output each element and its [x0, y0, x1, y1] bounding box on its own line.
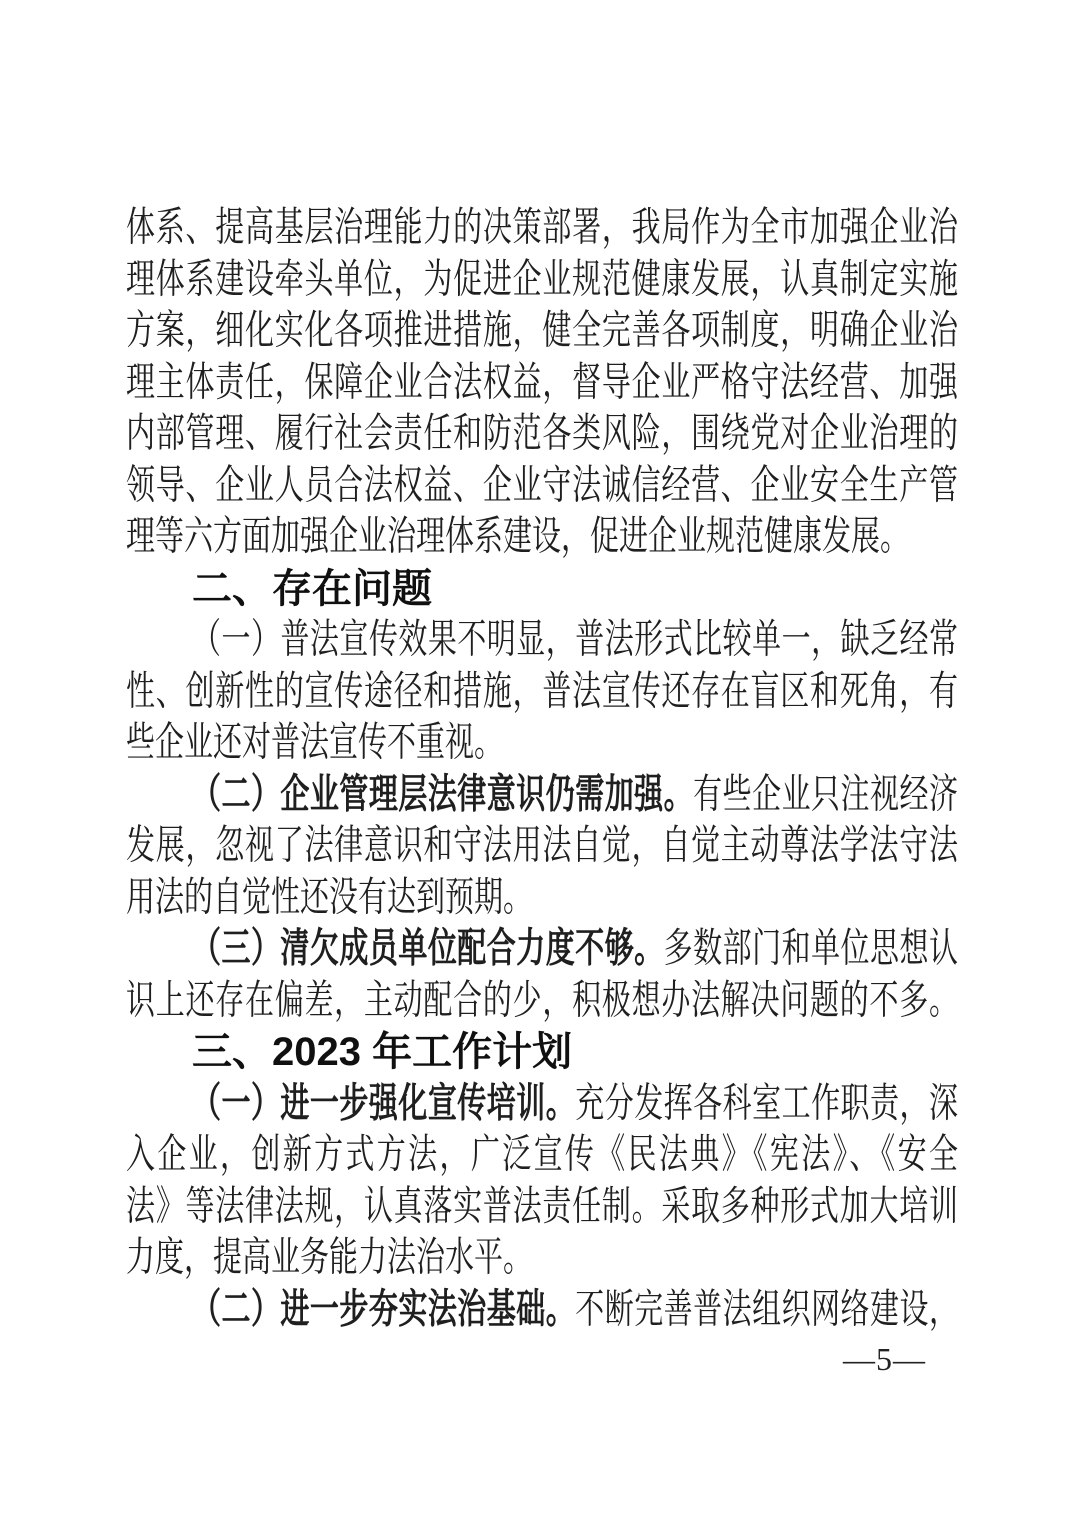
- body-line: 理等六方面加强企业治理体系建设，促进企业规范健康发展。: [126, 502, 958, 574]
- page-number: —5—: [843, 1334, 926, 1386]
- document-page: 体系、提高基层治理能力的决策部署，我局作为全市加强企业治理体系建设牵头单位，为促…: [0, 0, 1074, 1520]
- paragraph-line: （二）进一步夯实法治基础。不断完善普法组织网络建设，: [126, 1274, 958, 1346]
- paragraph-lead: （二）进一步夯实法治基础。: [192, 1287, 575, 1332]
- text-block: 体系、提高基层治理能力的决策部署，我局作为全市加强企业治理体系建设牵头单位，为促…: [126, 203, 958, 1336]
- paragraph-line: 识上还存在偏差，主动配合的少，积极想办法解决问题的不多。: [126, 965, 958, 1037]
- paragraph-lead: （三）清欠成员单位配合力度不够。: [192, 926, 664, 971]
